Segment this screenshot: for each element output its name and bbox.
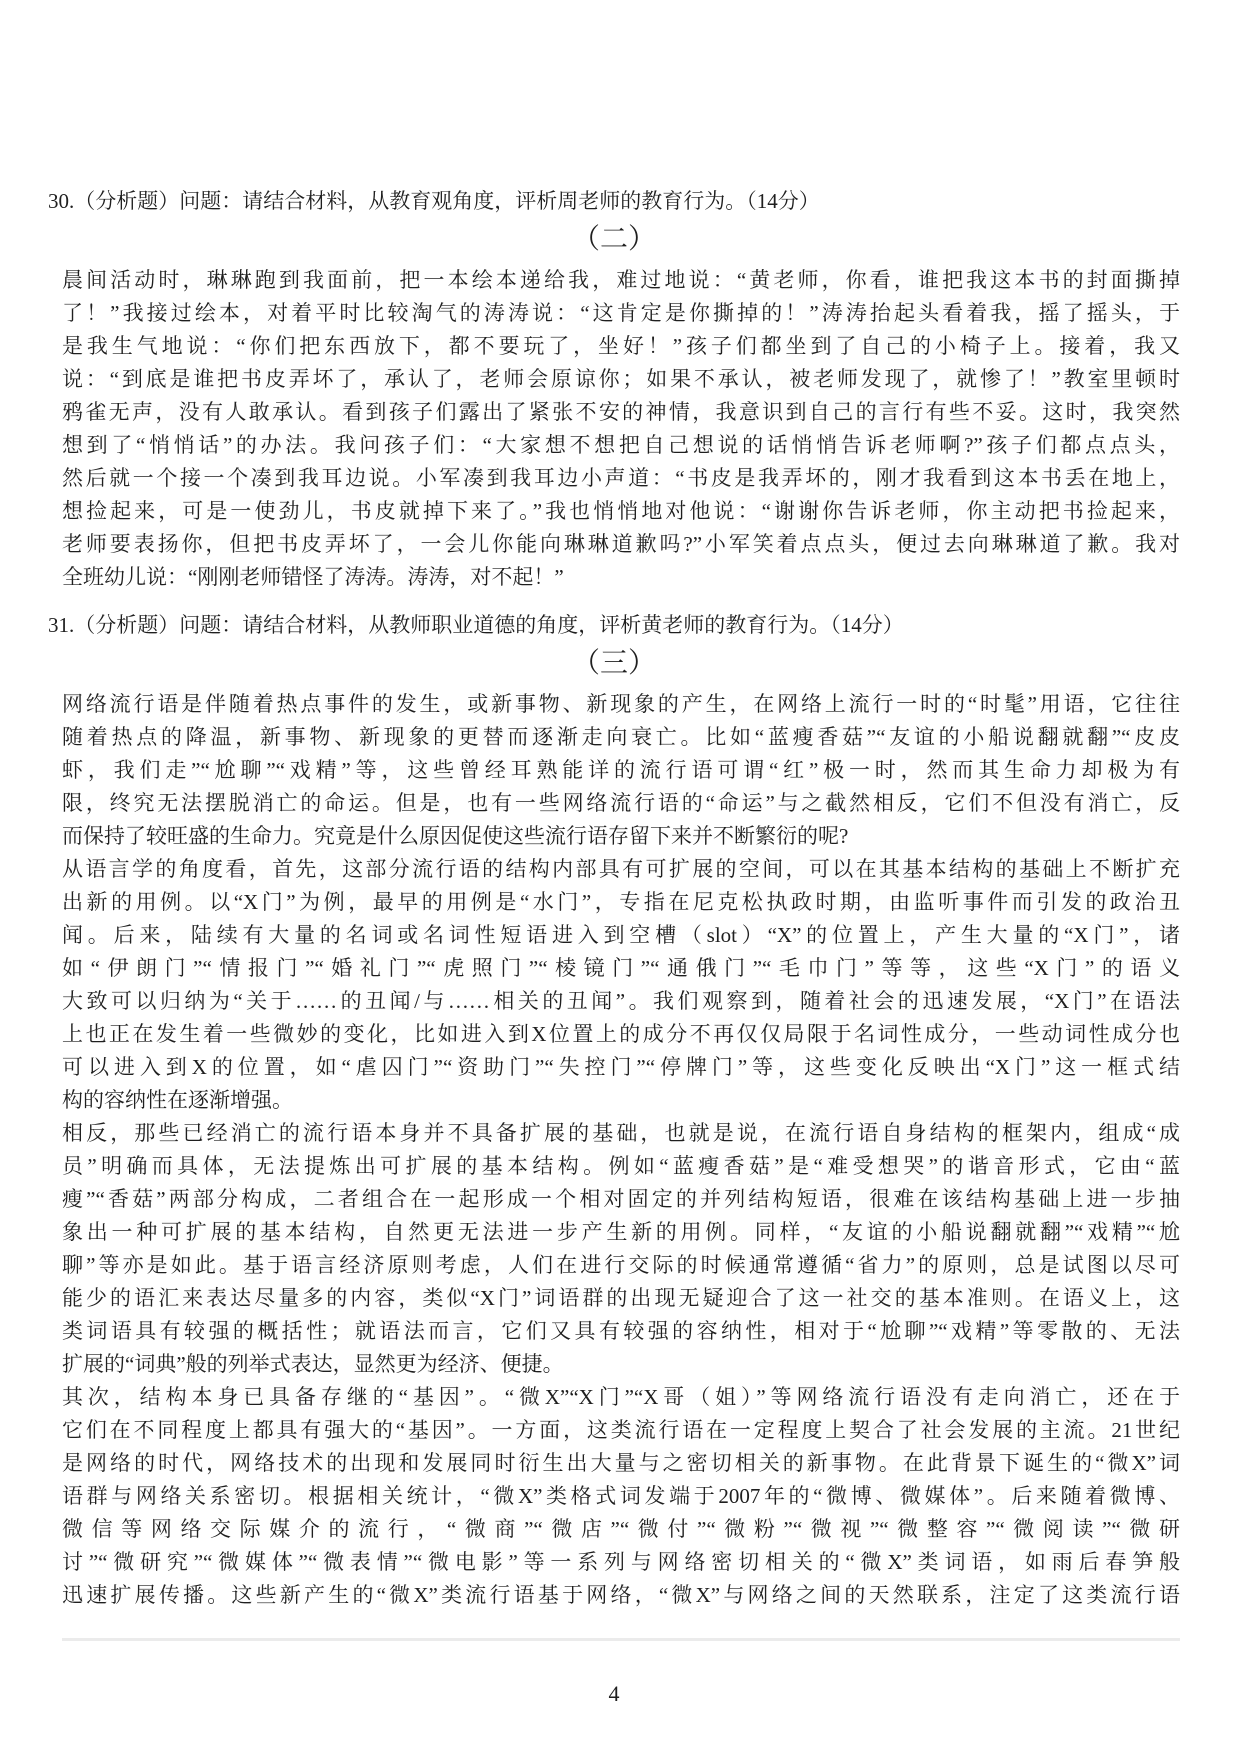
passage-3: 网络流行语是伴随着热点事件的发生，或新事物、新现象的产生，在网络上流行一时的“时… bbox=[62, 688, 1180, 1612]
passage-line: 聊”等亦是如此。基于语言经济原则考虑，人们在进行交际的时候通常遵循“省力”的原则… bbox=[62, 1249, 1180, 1282]
passage-line: 全班幼儿说：“刚刚老师错怪了涛涛。涛涛，对不起！” bbox=[62, 561, 1180, 594]
passage-line: 了！”我接过绘本，对着平时比较淘气的涛涛说：“这肯定是你撕掉的！”涛涛抬起头看着… bbox=[62, 297, 1180, 330]
passage-line: 是我生气地说：“你们把东西放下，都不要玩了，坐好！”孩子们都坐到了自己的小椅子上… bbox=[62, 330, 1180, 363]
passage-line: 虾，我们走”“尬聊”“戏精”等，这些曾经耳熟能详的流行语可谓“红”极一时，然而其… bbox=[62, 754, 1180, 787]
passage-line: 说：“到底是谁把书皮弄坏了，承认了，老师会原谅你；如果不承认，被老师发现了，就惨… bbox=[62, 363, 1180, 396]
passage-line: 闻。后来，陆续有大量的名词或名词性短语进入到空槽（slot）“X”的位置上，产生… bbox=[62, 919, 1180, 952]
page-content: 30.（分析题）问题：请结合材料，从教育观角度，评析周老师的教育行为。（14分）… bbox=[0, 0, 1240, 1709]
passage-line: 可以进入到X的位置，如“虐囚门”“资助门”“失控门”“停牌门”等，这些变化反映出… bbox=[62, 1051, 1180, 1084]
passage-line: 能少的语汇来表达尽量多的内容，类似“X门”词语群的出现无疑迎合了这一社交的基本准… bbox=[62, 1282, 1180, 1315]
passage-line: 老师要表扬你，但把书皮弄坏了，一会儿你能向琳琳道歉吗?”小军笑着点点头，便过去向… bbox=[62, 528, 1180, 561]
passage-line: 晨间活动时，琳琳跑到我面前，把一本绘本递给我，难过地说：“黄老师，你看，谁把我这… bbox=[62, 264, 1180, 297]
passage-line: 它们在不同程度上都具有强大的“基因”。一方面，这类流行语在一定程度上契合了社会发… bbox=[62, 1414, 1180, 1447]
question-30: 30.（分析题）问题：请结合材料，从教育观角度，评析周老师的教育行为。（14分） bbox=[48, 186, 1180, 216]
passage-line: 迅速扩展传播。这些新产生的“微X”类流行语基于网络，“微X”与网络之间的天然联系… bbox=[62, 1579, 1180, 1612]
passage-line: 相反，那些已经消亡的流行语本身并不具备扩展的基础，也就是说，在流行语自身结构的框… bbox=[62, 1117, 1180, 1150]
passage-line: 如“伊朗门”“情报门”“婚礼门”“虎照门”“棱镜门”“通俄门”“毛巾门”等等，这… bbox=[62, 952, 1180, 985]
passage-line: 大致可以归纳为“关于……的丑闻/与……相关的丑闻”。我们观察到，随着社会的迅速发… bbox=[62, 985, 1180, 1018]
footer-divider bbox=[62, 1638, 1180, 1641]
document-page: 30.（分析题）问题：请结合材料，从教育观角度，评析周老师的教育行为。（14分）… bbox=[0, 0, 1240, 1754]
passage-line: 想捡起来，可是一使劲儿，书皮就掉下来了。”我也悄悄地对他说：“谢谢你告诉老师，你… bbox=[62, 495, 1180, 528]
passage-line: 构的容纳性在逐渐增强。 bbox=[62, 1084, 1180, 1117]
question-31: 31.（分析题）问题：请结合材料，从教师职业道德的角度，评析黄老师的教育行为。（… bbox=[48, 610, 1180, 640]
passage-line: 员”明确而具体，无法提炼出可扩展的基本结构。例如“蓝瘦香菇”是“难受想哭”的谐音… bbox=[62, 1150, 1180, 1183]
passage-line: 是网络的时代，网络技术的出现和发展同时衍生出大量与之密切相关的新事物。在此背景下… bbox=[62, 1447, 1180, 1480]
passage-line: 扩展的“词典”般的列举式表达，显然更为经济、便捷。 bbox=[62, 1348, 1180, 1381]
passage-line: 类词语具有较强的概括性；就语法而言，它们又具有较强的容纳性，相对于“尬聊”“戏精… bbox=[62, 1315, 1180, 1348]
passage-line: 讨”“微研究”“微媒体”“微表情”“微电影”等一系列与网络密切相关的“微X”类词… bbox=[62, 1546, 1180, 1579]
passage-line: 网络流行语是伴随着热点事件的发生，或新事物、新现象的产生，在网络上流行一时的“时… bbox=[62, 688, 1180, 721]
passage-line: 语群与网络关系密切。根据相关统计，“微X”类格式词发端于2007年的“微博、微媒… bbox=[62, 1480, 1180, 1513]
passage-line: 想到了“悄悄话”的办法。我问孩子们：“大家想不想把自己想说的话悄悄告诉老师啊?”… bbox=[62, 429, 1180, 462]
section-2-heading: （二） bbox=[48, 222, 1180, 258]
passage-line: 限，终究无法摆脱消亡的命运。但是，也有一些网络流行语的“命运”与之截然相反，它们… bbox=[62, 787, 1180, 820]
passage-line: 而保持了较旺盛的生命力。究竟是什么原因促使这些流行语存留下来并不断繁衍的呢? bbox=[62, 820, 1180, 853]
passage-line: 上也正在发生着一些微妙的变化，比如进入到X位置上的成分不再仅仅局限于名词性成分，… bbox=[62, 1018, 1180, 1051]
page-number: 4 bbox=[48, 1679, 1180, 1709]
passage-line: 鸦雀无声，没有人敢承认。看到孩子们露出了紧张不安的神情，我意识到自己的言行有些不… bbox=[62, 396, 1180, 429]
section-3-heading: （三） bbox=[48, 646, 1180, 682]
passage-line: 随着热点的降温，新事物、新现象的更替而逐渐走向衰亡。比如“蓝瘦香菇”“友谊的小船… bbox=[62, 721, 1180, 754]
passage-line: 然后就一个接一个凑到我耳边说。小军凑到我耳边小声道：“书皮是我弄坏的，刚才我看到… bbox=[62, 462, 1180, 495]
passage-2: 晨间活动时，琳琳跑到我面前，把一本绘本递给我，难过地说：“黄老师，你看，谁把我这… bbox=[62, 264, 1180, 594]
passage-line: 微信等网络交际媒介的流行，“微商”“微店”“微付”“微粉”“微视”“微整容”“微… bbox=[62, 1513, 1180, 1546]
passage-line: 其次，结构本身已具备存继的“基因”。“微X”“X门”“X哥（姐）”等网络流行语没… bbox=[62, 1381, 1180, 1414]
passage-line: 象出一种可扩展的基本结构，自然更无法进一步产生新的用例。同样，“友谊的小船说翻就… bbox=[62, 1216, 1180, 1249]
passage-line: 出新的用例。以“X门”为例，最早的用例是“水门”，专指在尼克松执政时期，由监听事… bbox=[62, 886, 1180, 919]
passage-line: 从语言学的角度看，首先，这部分流行语的结构内部具有可扩展的空间，可以在其基本结构… bbox=[62, 853, 1180, 886]
passage-line: 瘦”“香菇”两部分构成，二者组合在一起形成一个相对固定的并列结构短语，很难在该结… bbox=[62, 1183, 1180, 1216]
